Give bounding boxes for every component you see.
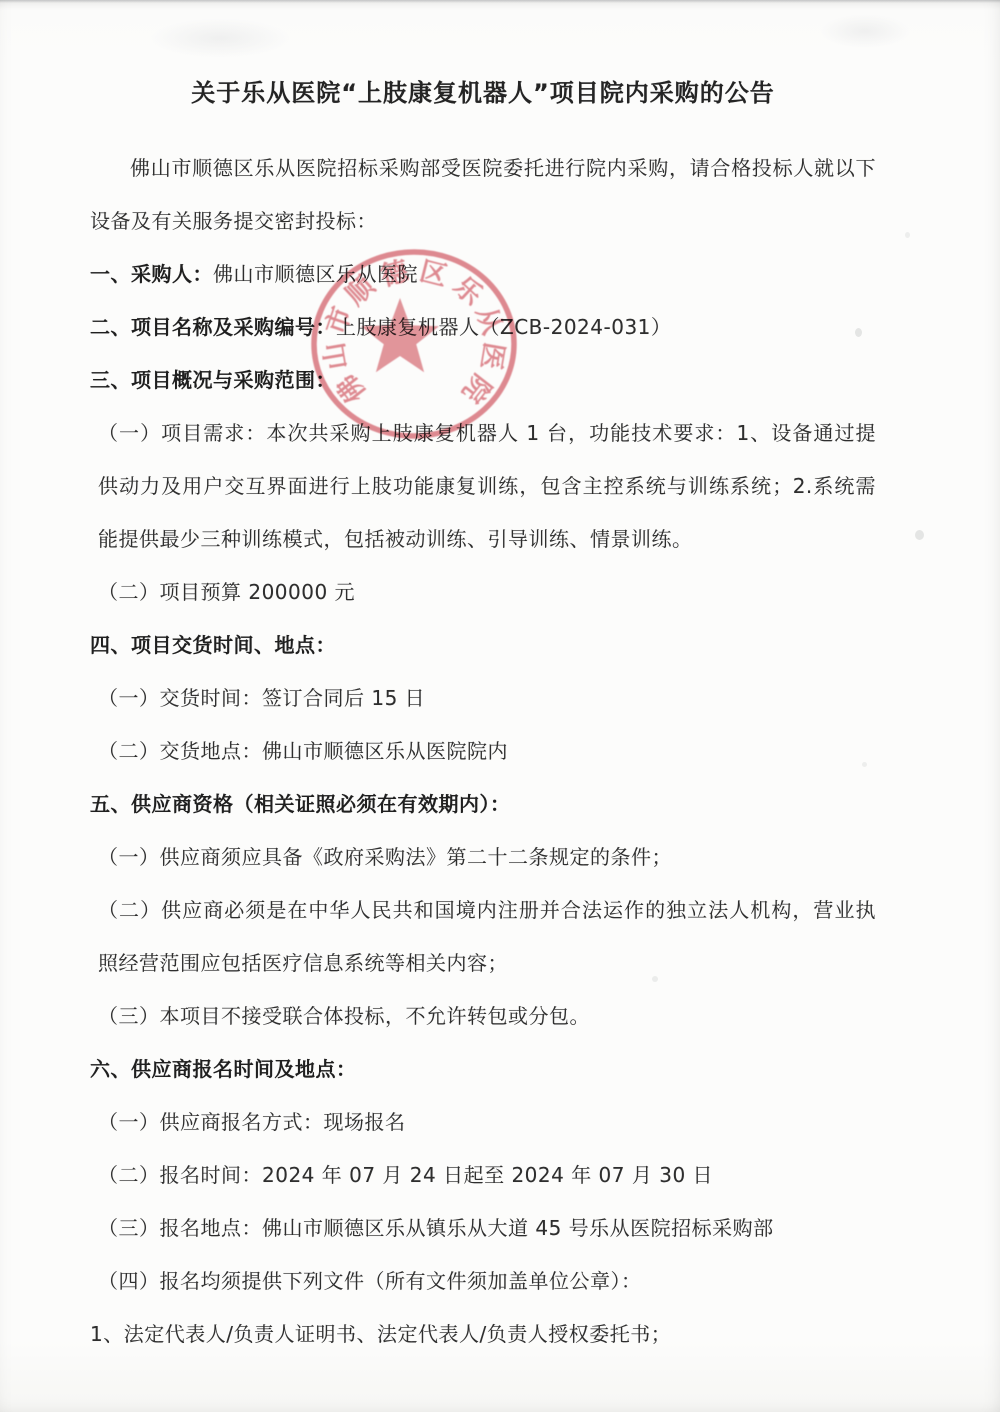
- document-content: 关于乐从医院“上肢康复机器人”项目院内采购的公告 佛山市顺德区乐从医院招标采购部…: [0, 0, 1000, 1361]
- paragraph: （三）报名地点：佛山市顺德区乐从镇乐从大道 45 号乐从医院招标采购部: [90, 1202, 876, 1255]
- paragraph: （三）本项目不接受联合体投标，不允许转包或分包。: [90, 990, 876, 1043]
- seal-character: 山: [319, 340, 354, 372]
- seal-character: 区: [417, 256, 451, 293]
- page-title: 关于乐从医院“上肢康复机器人”项目院内采购的公告: [90, 76, 876, 110]
- paragraph-text: 佛山市顺德区乐从医院招标采购部受医院委托进行院内采购，请合格投标人就以下设备及有…: [90, 156, 876, 233]
- section-label: 二、项目名称及采购编号：: [90, 315, 336, 339]
- paragraph: （四）报名均须提供下列文件（所有文件须加盖单位公章）：: [90, 1255, 876, 1308]
- official-seal-stamp: 佛山市顺德区乐从医院: [302, 238, 524, 450]
- paragraph: （二）项目预算 200000 元: [90, 566, 876, 619]
- seal-character: 从: [470, 303, 508, 339]
- section-label: 六、供应商报名时间及地点：: [90, 1057, 357, 1081]
- paragraph: （一）供应商报名方式：现场报名: [90, 1096, 876, 1149]
- paragraph: 1、法定代表人/负责人证明书、法定代表人/负责人授权委托书；: [90, 1308, 876, 1361]
- paragraph-text: 1、法定代表人/负责人证明书、法定代表人/负责人授权委托书；: [90, 1322, 671, 1346]
- paragraph-text: （二）供应商必须是在中华人民共和国境内注册并合法运作的独立法人机构，营业执照经营…: [98, 898, 876, 975]
- section-label: 三、项目概况与采购范围：: [90, 368, 336, 392]
- scanned-document-page: 关于乐从医院“上肢康复机器人”项目院内采购的公告 佛山市顺德区乐从医院招标采购部…: [0, 0, 1000, 1412]
- paragraph-text: （四）报名均须提供下列文件（所有文件须加盖单位公章）：: [98, 1269, 642, 1293]
- paragraph-text: （一）供应商报名方式：现场报名: [98, 1110, 406, 1134]
- paragraph-text: （三）本项目不接受联合体投标，不允许转包或分包。: [98, 1004, 590, 1028]
- paragraph-text: （一）供应商须应具备《政府采购法》第二十二条规定的条件；: [98, 845, 672, 869]
- seal-star-icon: [361, 298, 439, 372]
- paragraph-text: （二）交货地点：佛山市顺德区乐从医院院内: [98, 739, 508, 763]
- paragraph: 五、供应商资格（相关证照必须在有效期内）：: [90, 778, 876, 831]
- section-label: 四、项目交货时间、地点：: [90, 633, 336, 657]
- seal-character: 德: [378, 256, 413, 293]
- section-label: 一、采购人：: [90, 262, 213, 286]
- paragraph: （一）交货时间：签订合同后 15 日: [90, 672, 876, 725]
- section-label: 五、供应商资格（相关证照必须在有效期内）：: [90, 792, 511, 816]
- paragraph: （二）供应商必须是在中华人民共和国境内注册并合法运作的独立法人机构，营业执照经营…: [90, 884, 876, 990]
- paragraph-text: （二）项目预算 200000 元: [98, 580, 355, 604]
- paragraph: （一）供应商须应具备《政府采购法》第二十二条规定的条件；: [90, 831, 876, 884]
- paragraph: 六、供应商报名时间及地点：: [90, 1043, 876, 1096]
- paragraph: 四、项目交货时间、地点：: [90, 619, 876, 672]
- paragraph: 佛山市顺德区乐从医院招标采购部受医院委托进行院内采购，请合格投标人就以下设备及有…: [90, 142, 876, 248]
- paragraph-text: （三）报名地点：佛山市顺德区乐从镇乐从大道 45 号乐从医院招标采购部: [98, 1216, 774, 1240]
- seal-character: 医: [474, 340, 509, 372]
- seal-character: 市: [320, 303, 358, 339]
- paragraph: （二）交货地点：佛山市顺德区乐从医院院内: [90, 725, 876, 778]
- paragraph-text: （二）报名时间：2024 年 07 月 24 日起至 2024 年 07 月 3…: [98, 1163, 713, 1187]
- paragraph: （二）报名时间：2024 年 07 月 24 日起至 2024 年 07 月 3…: [90, 1149, 876, 1202]
- paragraph-text: （一）交货时间：签订合同后 15 日: [98, 686, 425, 710]
